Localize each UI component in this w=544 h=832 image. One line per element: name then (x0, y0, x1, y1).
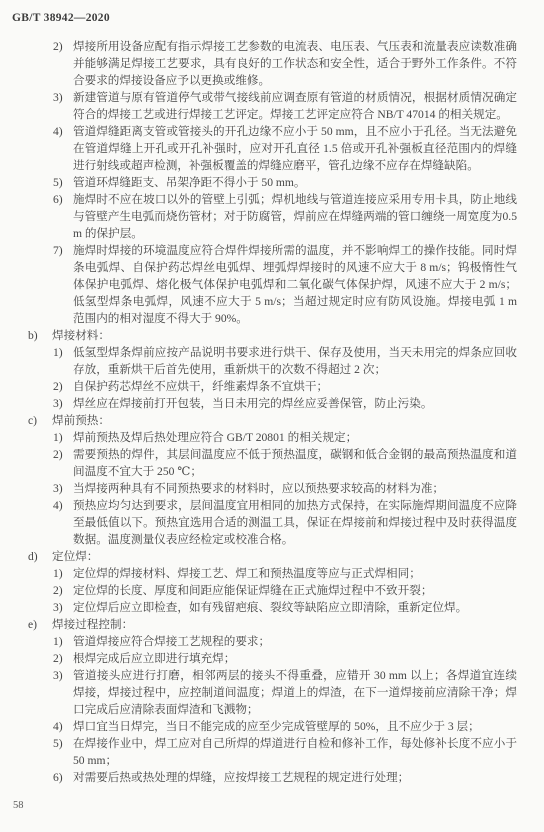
clause-text: 焊口宜当日焊完，当日不能完成的应至少完成管壁厚的 50%，且不应少于 3 层； (73, 718, 517, 735)
clause-text: 在焊接作业中，焊工应对自己所焊的焊道进行自检和修补工作，每处修补长度不应小于 5… (73, 735, 517, 769)
clause-text: 焊前预热： (52, 412, 517, 429)
clause-label: d) (28, 548, 52, 565)
clause-text: 管道接头应进行打磨，相邻两层的接头不得重叠，应错开 30 mm 以上；各焊道宜连… (73, 667, 517, 718)
clause-text: 施焊时焊接的环境温度应符合焊件焊接所需的温度，并不影响焊工的操作技能。同时焊条电… (73, 242, 517, 327)
clause-text: 低氢型焊条焊前应按产品说明书要求进行烘干、保存及使用，当天未用完的焊条应回收存放… (73, 344, 517, 378)
clause-label: 3) (53, 667, 73, 684)
clause-item: 6)对需要后热或热处理的焊缝，应按焊接工艺规程的规定进行处理； (53, 769, 517, 786)
clause-item: 5)在焊接作业中，焊工应对自己所焊的焊道进行自检和修补工作，每处修补长度不应小于… (53, 735, 517, 769)
clause-item: 7)施焊时焊接的环境温度应符合焊件焊接所需的温度，并不影响焊工的操作技能。同时焊… (53, 242, 517, 327)
clause-label: 6) (53, 191, 73, 208)
clause-heading: d)定位焊： (28, 548, 517, 565)
clause-item: 2)需要预热的焊件，其层间温度应不低于预热温度，碳钢和低合金钢的最高预热温度和道… (53, 446, 517, 480)
clause-list: 2)焊接所用设备应配有指示焊接工艺参数的电流表、电压表、气压表和流量表应读数准确… (28, 38, 517, 786)
clause-label: 7) (53, 242, 73, 259)
clause-label: 4) (53, 497, 73, 514)
clause-text: 焊丝应在焊接前打开包装，当日未用完的焊丝应妥善保管，防止污染。 (73, 395, 517, 412)
clause-text: 根焊完成后应立即进行填充焊； (73, 650, 517, 667)
clause-heading: c)焊前预热： (28, 412, 517, 429)
clause-item: 1)低氢型焊条焊前应按产品说明书要求进行烘干、保存及使用，当天未用完的焊条应回收… (53, 344, 517, 378)
clause-text: 自保护药芯焊丝不应烘干，纤维素焊条不宜烘干； (73, 378, 517, 395)
clause-label: 3) (53, 395, 73, 412)
clause-item: 3)焊丝应在焊接前打开包装，当日未用完的焊丝应妥善保管，防止污染。 (53, 395, 517, 412)
clause-label: 2) (53, 582, 73, 599)
clause-item: 6)施焊时不应在坡口以外的管壁上引弧；焊机地线与管道连接应采用专用卡具，防止地线… (53, 191, 517, 242)
clause-text: 管道焊接应符合焊接工艺规程的要求； (73, 633, 517, 650)
clause-item: 3)管道接头应进行打磨，相邻两层的接头不得重叠，应错开 30 mm 以上；各焊道… (53, 667, 517, 718)
clause-item: 2)根焊完成后应立即进行填充焊； (53, 650, 517, 667)
clause-label: 2) (53, 650, 73, 667)
clause-label: 3) (53, 89, 73, 106)
clause-label: 4) (53, 123, 73, 140)
clause-text: 需要预热的焊件，其层间温度应不低于预热温度，碳钢和低合金钢的最高预热温度和道间温… (73, 446, 517, 480)
clause-text: 焊接所用设备应配有指示焊接工艺参数的电流表、电压表、气压表和流量表应读数准确并能… (73, 38, 517, 89)
clause-heading: e)焊接过程控制： (28, 616, 517, 633)
clause-text: 定位焊的长度、厚度和间距应能保证焊缝在正式施焊过程中不致开裂； (73, 582, 517, 599)
clause-label: 3) (53, 599, 73, 616)
clause-item: 5)管道环焊缝距支、吊架净距不得小于 50 mm。 (53, 174, 517, 191)
clause-label: 2) (53, 446, 73, 463)
clause-item: 2)自保护药芯焊丝不应烘干，纤维素焊条不宜烘干； (53, 378, 517, 395)
clause-text: 当焊接两种具有不同预热要求的材料时，应以预热要求较高的材料为准； (73, 480, 517, 497)
clause-item: 1)焊前预热及焊后热处理应符合 GB/T 20801 的相关规定； (53, 429, 517, 446)
clause-item: 4)焊口宜当日焊完，当日不能完成的应至少完成管壁厚的 50%，且不应少于 3 层… (53, 718, 517, 735)
clause-item: 1)管道焊接应符合焊接工艺规程的要求； (53, 633, 517, 650)
clause-label: b) (28, 327, 52, 344)
clause-text: 焊接材料： (52, 327, 517, 344)
clause-label: 2) (53, 378, 73, 395)
clause-text: 管道焊缝距离支管或管接头的开孔边缘不应小于 50 mm，且不应小于孔径。当无法避… (73, 123, 517, 174)
clause-item: 3)定位焊后应立即检查，如有残留疤痕、裂纹等缺陷应立即清除，重新定位焊。 (53, 599, 517, 616)
clause-text: 对需要后热或热处理的焊缝，应按焊接工艺规程的规定进行处理； (73, 769, 517, 786)
clause-label: 5) (53, 174, 73, 191)
clause-label: 1) (53, 565, 73, 582)
standard-code-header: GB/T 38942—2020 (12, 12, 110, 24)
clause-text: 管道环焊缝距支、吊架净距不得小于 50 mm。 (73, 174, 517, 191)
clause-label: 4) (53, 718, 73, 735)
clause-label: 1) (53, 429, 73, 446)
page-number: 58 (13, 800, 24, 811)
clause-text: 定位焊后应立即检查，如有残留疤痕、裂纹等缺陷应立即清除，重新定位焊。 (73, 599, 517, 616)
clause-text: 定位焊的焊接材料、焊接工艺、焊工和预热温度等应与正式焊相同； (73, 565, 517, 582)
clause-label: 1) (53, 344, 73, 361)
clause-item: 4)预热应均匀达到要求，层间温度宜用相同的加热方式保持，在实际施焊期间温度不应降… (53, 497, 517, 548)
clause-label: 3) (53, 480, 73, 497)
clause-text: 定位焊： (52, 548, 517, 565)
clause-label: 2) (53, 38, 73, 55)
document-page: GB/T 38942—2020 2)焊接所用设备应配有指示焊接工艺参数的电流表、… (0, 0, 544, 832)
clause-item: 1)定位焊的焊接材料、焊接工艺、焊工和预热温度等应与正式焊相同； (53, 565, 517, 582)
clause-label: c) (28, 412, 52, 429)
clause-text: 新建管道与原有管道停气或带气接线前应调查原有管道的材质情况，根据材质情况确定符合… (73, 89, 517, 123)
clause-item: 2)定位焊的长度、厚度和间距应能保证焊缝在正式施焊过程中不致开裂； (53, 582, 517, 599)
clause-heading: b)焊接材料： (28, 327, 517, 344)
clause-label: 1) (53, 633, 73, 650)
clause-text: 焊前预热及焊后热处理应符合 GB/T 20801 的相关规定； (73, 429, 517, 446)
clause-text: 焊接过程控制： (52, 616, 517, 633)
clause-item: 4)管道焊缝距离支管或管接头的开孔边缘不应小于 50 mm，且不应小于孔径。当无… (53, 123, 517, 174)
clause-text: 预热应均匀达到要求，层间温度宜用相同的加热方式保持，在实际施焊期间温度不应降至最… (73, 497, 517, 548)
clause-label: 5) (53, 735, 73, 752)
clause-item: 2)焊接所用设备应配有指示焊接工艺参数的电流表、电压表、气压表和流量表应读数准确… (53, 38, 517, 89)
clause-item: 3)当焊接两种具有不同预热要求的材料时，应以预热要求较高的材料为准； (53, 480, 517, 497)
clause-text: 施焊时不应在坡口以外的管壁上引弧；焊机地线与管道连接应采用专用卡具，防止地线与管… (73, 191, 517, 242)
clause-label: e) (28, 616, 52, 633)
clause-label: 6) (53, 769, 73, 786)
clause-item: 3)新建管道与原有管道停气或带气接线前应调查原有管道的材质情况，根据材质情况确定… (53, 89, 517, 123)
